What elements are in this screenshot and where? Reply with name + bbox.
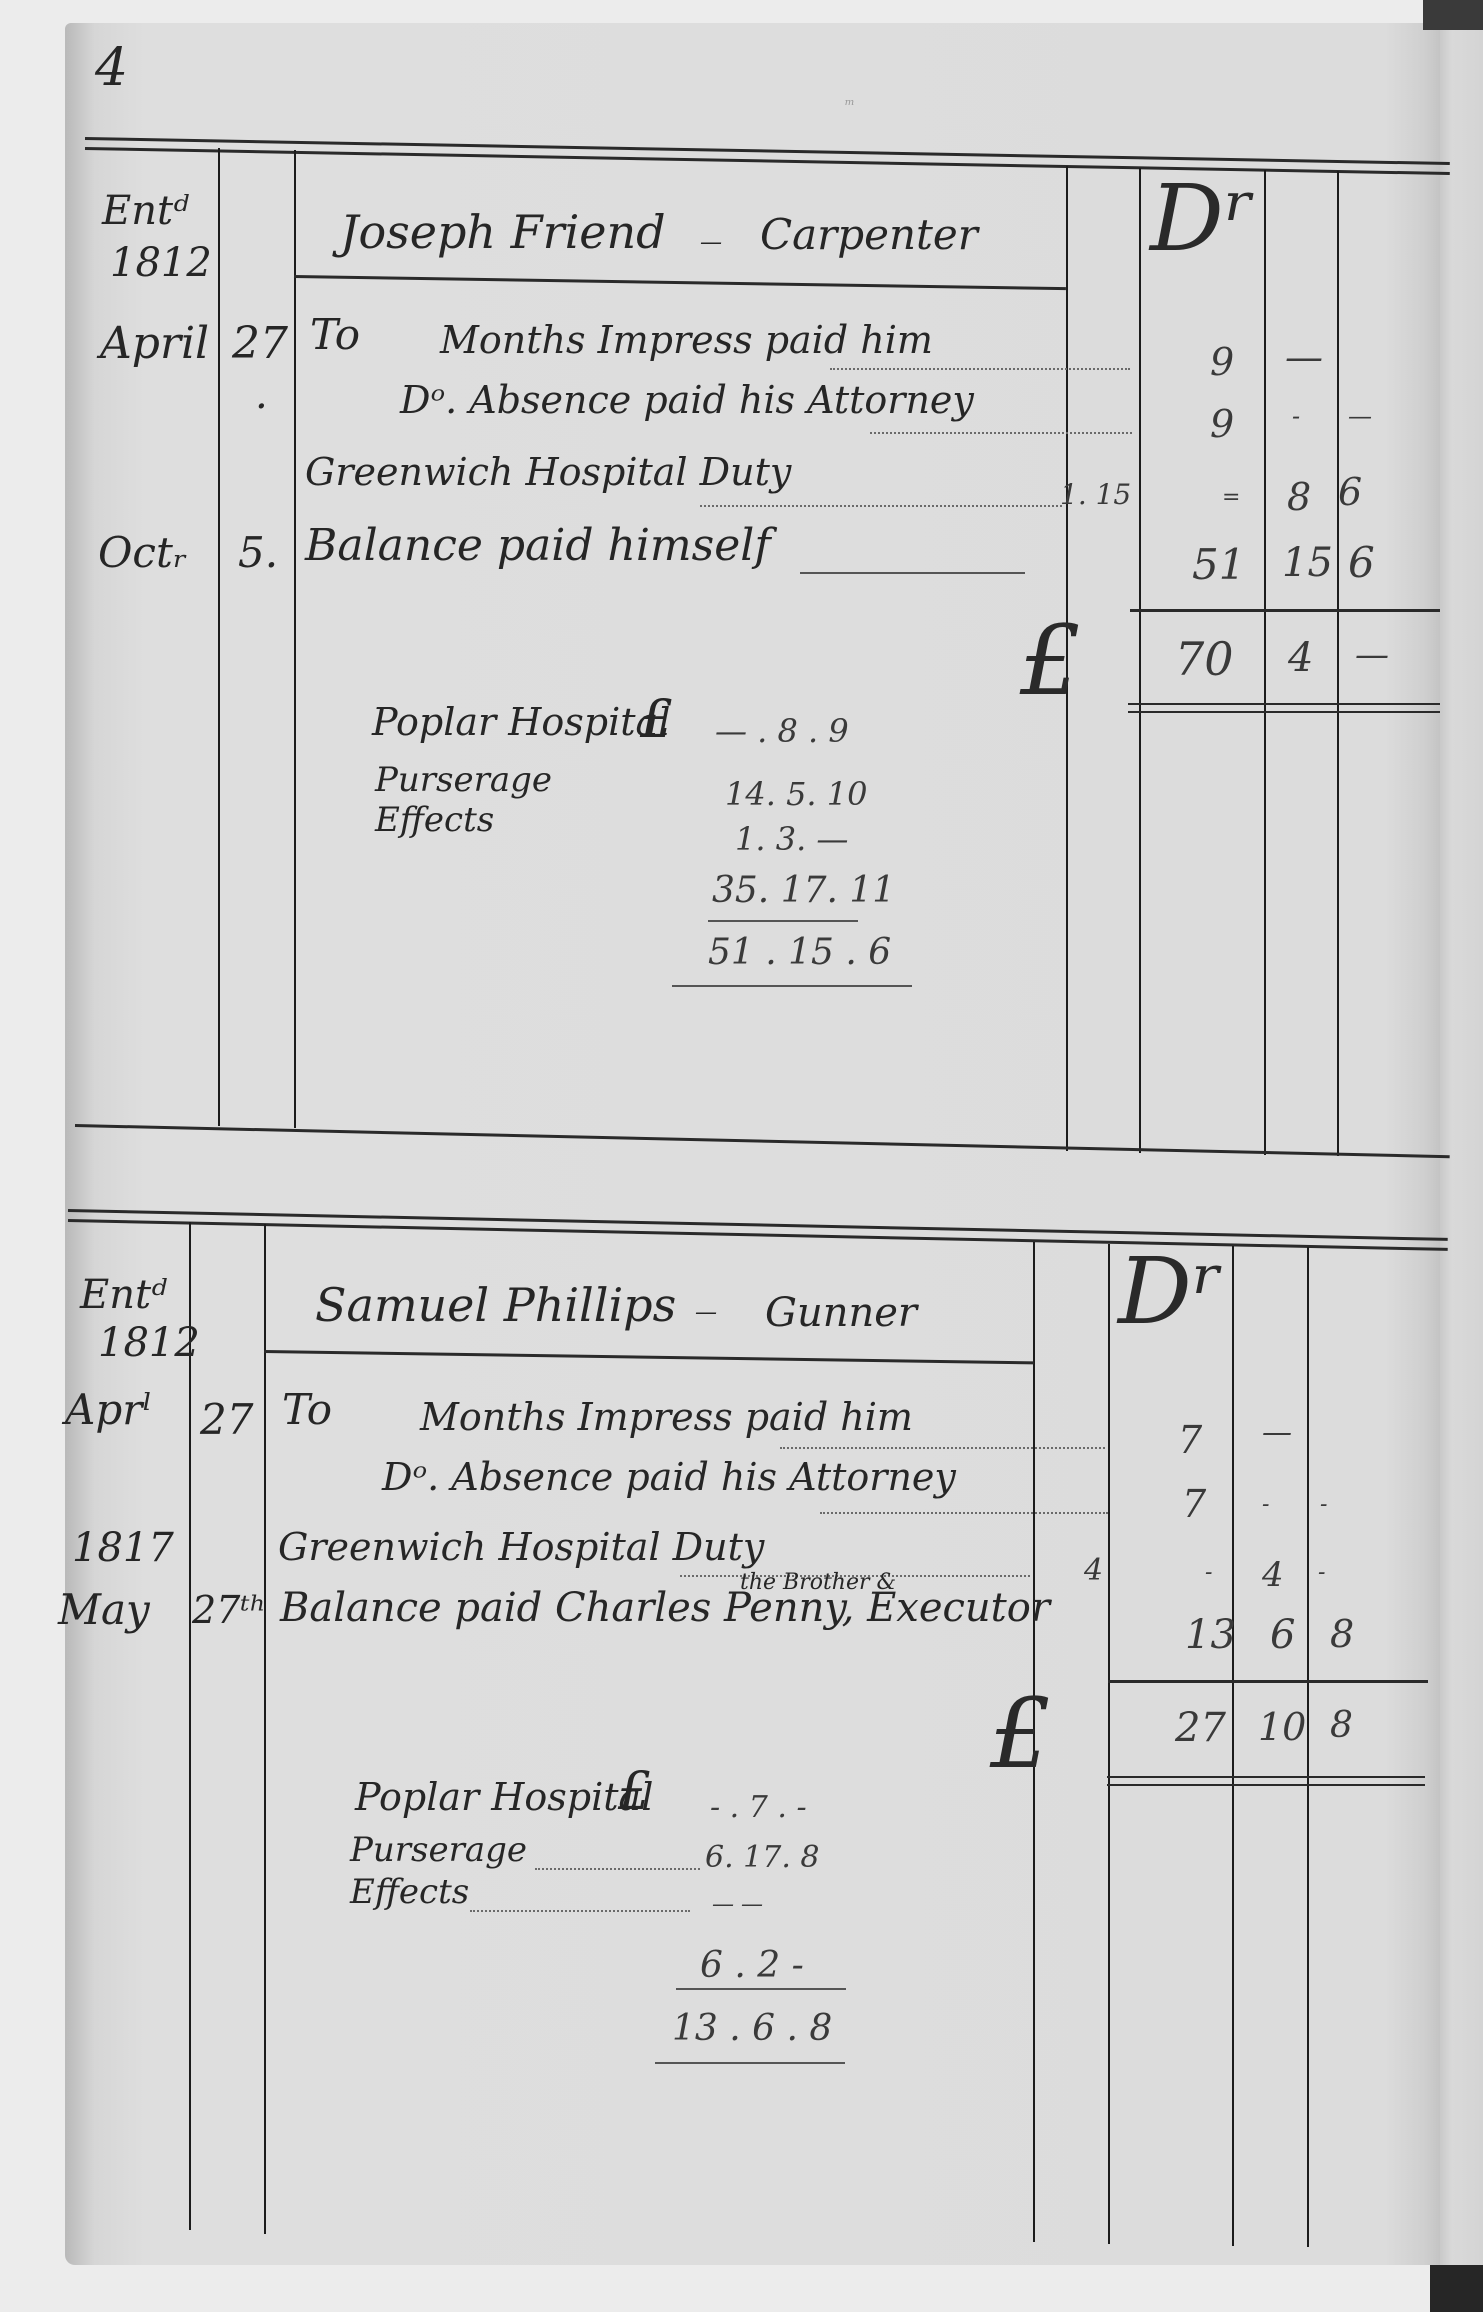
row-month: May	[58, 1585, 150, 1634]
row-pounds: 51	[1192, 540, 1245, 589]
row-pounds: 13	[1185, 1612, 1236, 1658]
breakdown-subtotal: 6 . 2 -	[700, 1945, 804, 1986]
row-pounds: -	[1205, 1560, 1212, 1585]
row-description: Greenwich Hospital Duty	[305, 450, 791, 494]
row-day: 5.	[238, 528, 278, 577]
total-pounds: 70	[1175, 632, 1234, 686]
breakdown-value: 6. 17. 8	[705, 1840, 820, 1875]
row-pence: 8	[1330, 1612, 1354, 1656]
leader-dots	[535, 1868, 700, 1870]
breakdown-total: 51 . 15 . 6	[708, 932, 891, 973]
row-pence: -	[1320, 1492, 1327, 1517]
entered-label: Entᵈ	[102, 188, 189, 234]
debit-heading: Dʳ	[1150, 165, 1256, 272]
page-number: 4	[95, 38, 128, 98]
entered-label: Entᵈ	[80, 1272, 167, 1318]
row-description: Dᵒ. Absence paid his Attorney	[400, 378, 974, 422]
total-shillings: 4	[1288, 635, 1313, 681]
breakdown-subtotal: 35. 17. 11	[712, 870, 895, 911]
entered-year: 1812	[110, 240, 212, 286]
row-shillings: 8	[1287, 475, 1311, 519]
breakdown-total-rule	[655, 2062, 845, 2064]
leader-dots	[780, 1447, 1105, 1449]
binding-shadow-top	[1423, 0, 1483, 30]
row-prefix: To	[310, 310, 360, 359]
row-memo-amount: 4	[1084, 1553, 1103, 1588]
breakdown-value: 1. 3. —	[735, 820, 848, 858]
leader-dots	[820, 1512, 1108, 1514]
col-day-divider	[294, 150, 296, 1128]
total-shillings: 10	[1258, 1705, 1306, 1749]
row-shillings: 15	[1282, 540, 1333, 586]
row-month: April	[100, 318, 209, 369]
row-pounds: 7	[1182, 1482, 1206, 1526]
breakdown-label: Purserage	[375, 760, 552, 800]
breakdown-label: Poplar Hospital	[355, 1775, 653, 1819]
breakdown-currency: £	[618, 1762, 651, 1822]
row-day: .	[255, 372, 268, 418]
row-pounds: 9	[1210, 402, 1234, 446]
col-shillings-left	[1232, 1246, 1234, 2246]
total-pence: —	[1355, 635, 1389, 675]
row-memo-note: the Brother &	[740, 1570, 896, 1595]
col-pence-left	[1337, 171, 1339, 1156]
total-pounds: 27	[1175, 1705, 1226, 1751]
row-shillings: —	[1285, 335, 1323, 379]
breakdown-value: 14. 5. 10	[725, 775, 867, 813]
employee-rank: Gunner	[765, 1290, 917, 1336]
total-double-rule-bottom	[1107, 1784, 1425, 1786]
row-day: 27	[232, 318, 288, 369]
breakdown-label: Effects	[350, 1872, 469, 1912]
total-symbol: £	[1020, 605, 1081, 717]
row-shillings: —	[1262, 1415, 1292, 1450]
row-pounds: 9	[1210, 340, 1234, 384]
breakdown-total: 13 . 6 . 8	[672, 2008, 832, 2049]
col-month-divider	[218, 148, 220, 1126]
leader-dots	[830, 368, 1130, 370]
employee-rank: Carpenter	[760, 210, 978, 259]
col-month-divider	[189, 1222, 191, 2230]
row-day: 27ᵗʰ	[192, 1588, 266, 1632]
row-memo-amount: 1. 15	[1060, 478, 1131, 511]
employee-name: Joseph Friend	[340, 205, 666, 259]
total-rule	[1130, 609, 1440, 612]
breakdown-label: Poplar Hospital	[372, 700, 670, 744]
leader-dots	[700, 505, 1062, 507]
col-pounds-left	[1139, 168, 1141, 1153]
col-shillings-left	[1264, 170, 1266, 1155]
breakdown-total-rule	[672, 985, 912, 987]
debit-label: Dʳ	[1150, 165, 1256, 272]
row-description: Greenwich Hospital Duty	[278, 1525, 764, 1569]
row-month: Octᵣ	[98, 528, 187, 577]
total-double-rule-top	[1107, 1776, 1425, 1778]
row-month: Aprˡ	[65, 1385, 153, 1434]
row-description: Months Impress paid him	[440, 318, 933, 362]
row-pence: —	[1348, 402, 1372, 430]
total-double-rule-bottom	[1128, 711, 1440, 713]
total-pence: 8	[1330, 1705, 1353, 1746]
name-dash: —	[700, 230, 722, 255]
total-rule	[1108, 1680, 1428, 1683]
name-dash: —	[695, 1300, 717, 1325]
row-shillings: -	[1262, 1492, 1269, 1517]
row-shillings: 6	[1270, 1612, 1295, 1658]
row-description: Dᵒ. Absence paid his Attorney	[382, 1455, 956, 1499]
row-month: 1817	[72, 1525, 174, 1571]
col-pounds-left	[1108, 1244, 1110, 2244]
debit-heading: Dʳ	[1118, 1238, 1224, 1345]
breakdown-value: — —	[712, 1892, 763, 1917]
row-pounds: =	[1222, 485, 1240, 510]
entered-year: 1812	[98, 1320, 200, 1366]
leader-dots	[870, 432, 1132, 434]
breakdown-value: — . 8 . 9	[715, 712, 849, 750]
row-description: Months Impress paid him	[420, 1395, 913, 1439]
subtotal-rule	[676, 1988, 846, 1990]
subtotal-rule	[708, 920, 858, 922]
row-prefix: To	[282, 1385, 332, 1434]
leader-dots	[470, 1910, 690, 1912]
debit-label: Dʳ	[1118, 1238, 1224, 1345]
breakdown-currency: £	[640, 690, 673, 750]
total-symbol: £	[990, 1678, 1051, 1790]
row-description: Balance paid himself	[305, 520, 771, 571]
row-pounds: 7	[1178, 1418, 1202, 1462]
breakdown-label: Purserage	[350, 1830, 527, 1870]
row-description: Balance paid Charles Penny, Executor	[280, 1585, 1050, 1631]
breakdown-label: Effects	[375, 800, 494, 840]
row-pence: 6	[1348, 538, 1375, 587]
col-pence-left	[1307, 1247, 1309, 2247]
fill-stroke	[800, 572, 1025, 574]
employee-name: Samuel Phillips	[315, 1278, 676, 1332]
watermark-mark: ᵐ	[845, 95, 855, 114]
col-day-divider	[264, 1224, 266, 2234]
row-day: 27	[200, 1395, 253, 1444]
row-shillings: 4	[1262, 1555, 1284, 1595]
row-pence: 6	[1338, 470, 1362, 514]
row-pence: -	[1318, 1560, 1325, 1585]
row-shillings: -	[1292, 402, 1300, 430]
breakdown-value: - . 7 . -	[710, 1790, 807, 1825]
total-double-rule-top	[1128, 703, 1440, 705]
binding-shadow-bottom	[1430, 2265, 1483, 2312]
